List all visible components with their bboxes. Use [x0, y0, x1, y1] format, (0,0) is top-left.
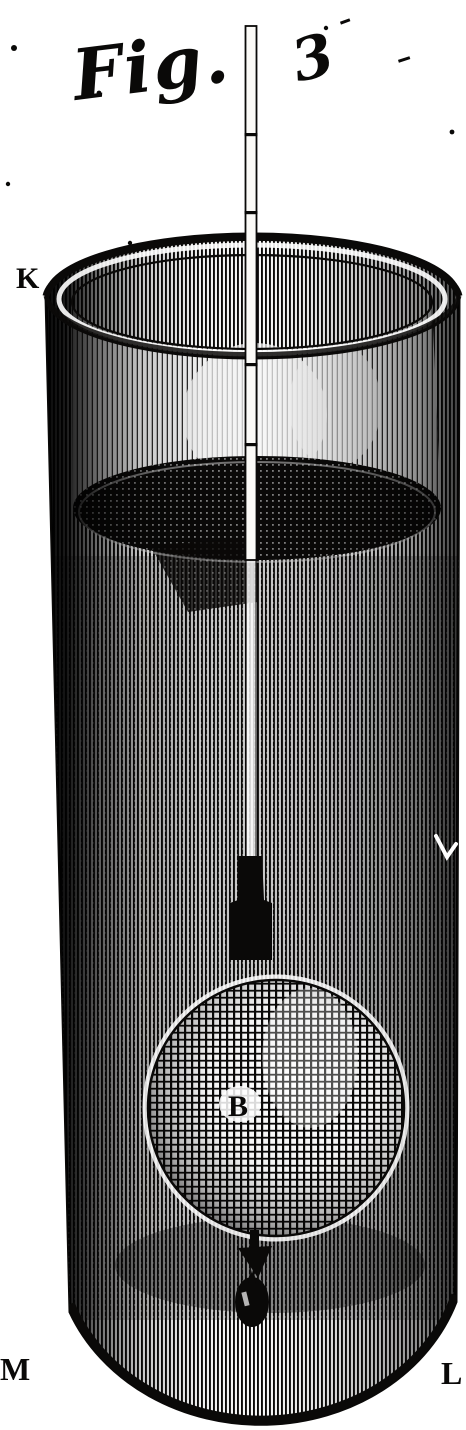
engraving-page: Fig. 3 — [0, 0, 466, 1430]
rim-label-k: K — [16, 262, 40, 295]
engraving-figure: Fig. 3 — [0, 0, 466, 1430]
rod-underwater — [246, 556, 256, 862]
ball-edge-shading — [148, 980, 404, 1236]
base-label-l: L — [441, 1355, 462, 1391]
rod-above-water — [246, 26, 257, 560]
ball-label: B — [228, 1090, 248, 1123]
suspended-ball: B — [145, 977, 407, 1239]
base-label-m: M — [0, 1351, 30, 1387]
